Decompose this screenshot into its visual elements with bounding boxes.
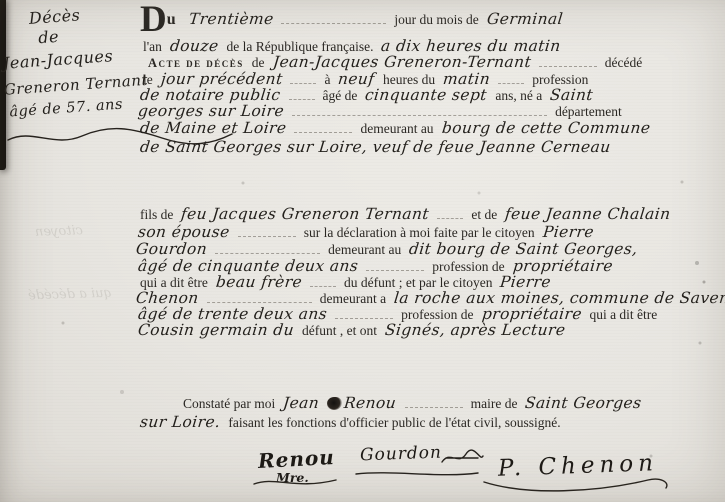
handwritten-text: georges sur Loire	[137, 102, 285, 120]
drop-cap: Du	[140, 11, 177, 28]
printed-text: âgé de	[323, 88, 358, 103]
signature-flourish	[250, 474, 340, 490]
handwritten-text: Cousin germain du	[137, 321, 295, 339]
printed-text: demeurant au	[360, 121, 433, 136]
printed-text: Constaté par moi	[183, 396, 275, 411]
handwritten-text: son épouse	[137, 223, 231, 241]
handwritten-text: dit bourg de Saint Georges,	[408, 240, 638, 258]
handwritten-text: de Saint Georges sur Loire, veuf de feue…	[139, 138, 612, 156]
printed-text: fils de	[140, 207, 173, 222]
act-line-16: Cousin germain dudéfunt , et ontSignés, …	[138, 321, 573, 340]
signature-block: Renou Mre. Gourdon P. Chenon	[0, 444, 725, 502]
printed-text: maire de	[471, 396, 518, 411]
handwritten-text: feue Jeanne Chalain	[504, 205, 671, 223]
printed-text: demeurant a	[320, 291, 386, 306]
handwritten-text: Germinal	[486, 10, 564, 28]
blank-fill	[294, 121, 352, 133]
drop-cap-rest: u	[167, 11, 177, 28]
closing-line-2: sur Loire.faisant les fonctions d'offici…	[140, 413, 569, 432]
handwritten-text: Renou	[344, 394, 398, 412]
handwritten-text: Jean-Jacques Greneron-Ternant	[272, 53, 532, 71]
blank-fill	[215, 242, 320, 254]
bleed-through-text: citoyen	[35, 223, 83, 240]
margin-note-line: Jean-Jacques	[2, 44, 142, 73]
bleed-through-text: qui a décédé	[28, 286, 112, 304]
blank-fill	[366, 259, 424, 271]
blank-fill	[207, 291, 312, 303]
handwritten-text: Pierre	[542, 223, 595, 241]
printed-text: à	[324, 72, 330, 87]
handwritten-text: Gourdon	[135, 240, 208, 258]
blank-fill	[437, 207, 463, 219]
handwritten-text: bourg de cette Commune	[441, 119, 651, 137]
signature-renou: Renou	[257, 445, 335, 473]
act-line-8: de Saint Georges sur Loire, veuf de feue…	[140, 138, 619, 157]
blank-fill	[281, 12, 386, 24]
blank-fill	[290, 72, 316, 84]
printed-text: profession de	[432, 259, 504, 274]
blank-fill	[238, 225, 296, 237]
blank-fill	[289, 88, 315, 100]
printed-text: qui a dit être	[589, 307, 657, 322]
printed-text: sur la déclaration à moi faite par le ci…	[304, 225, 535, 240]
printed-text: et de	[471, 207, 497, 222]
act-line-9: fils defeu Jacques Greneron Ternantet de…	[140, 205, 679, 224]
handwritten-text: de Maine et Loire	[139, 119, 287, 137]
printed-text: Acte de décès	[148, 56, 244, 70]
document-scan: Décès de Jean-Jacques Greneron Ternant â…	[0, 0, 725, 502]
act-line-7: de Maine et Loiredemeurant aubourg de ce…	[140, 119, 658, 138]
margin-note-line: Greneron Ternant	[3, 71, 144, 99]
printed-text: qui a dit être	[140, 275, 208, 290]
ink-blot	[327, 397, 342, 410]
printed-text: défunt , et ont	[302, 323, 377, 338]
handwritten-text: Signés, après Lecture	[384, 321, 566, 339]
signature-paraph	[438, 448, 486, 468]
printed-text: le	[143, 72, 153, 87]
handwritten-text: Jean	[282, 394, 320, 412]
printed-text: ans, né a	[495, 88, 542, 103]
signature-gourdon: Gourdon	[360, 443, 443, 466]
blank-fill	[498, 72, 524, 84]
handwritten-text: Saint Georges	[525, 394, 643, 412]
printed-text: décédé	[605, 55, 642, 70]
printed-text: du défunt ; et par le citoyen	[344, 275, 492, 290]
blank-fill	[292, 104, 547, 116]
blank-fill	[310, 275, 336, 287]
printed-text: de la République française.	[227, 39, 374, 54]
printed-text: de	[252, 55, 265, 70]
printed-text: demeurant au	[328, 242, 401, 257]
printed-text: l'an	[143, 39, 162, 54]
signature-flourish	[478, 472, 678, 498]
handwritten-text: sur Loire.	[139, 413, 221, 431]
act-line-1: DuTrentièmejour du mois deGerminal	[140, 8, 571, 32]
blank-fill	[539, 55, 597, 67]
blank-fill	[335, 307, 393, 319]
blank-fill	[405, 396, 463, 408]
printed-text: profession	[532, 72, 588, 87]
printed-text: département	[555, 104, 622, 119]
printed-text: profession de	[401, 307, 473, 322]
margin-note: Décès de Jean-Jacques Greneron Ternant â…	[0, 1, 146, 120]
printed-text: heures du	[383, 72, 435, 87]
signature-flourish	[352, 468, 482, 480]
handwritten-text: Trentième	[188, 10, 275, 28]
margin-note-line: âgé de 57. ans	[9, 95, 146, 120]
printed-text: faisant les fonctions d'officier public …	[228, 415, 560, 430]
handwritten-text: feu Jacques Greneron Ternant	[180, 205, 430, 223]
closing-line-1: Constaté par moiJeanRenoumaire deSaint G…	[183, 394, 650, 413]
drop-cap-letter: D	[140, 0, 167, 40]
printed-text: jour du mois de	[394, 12, 478, 27]
paper-specks	[0, 0, 2, 2]
